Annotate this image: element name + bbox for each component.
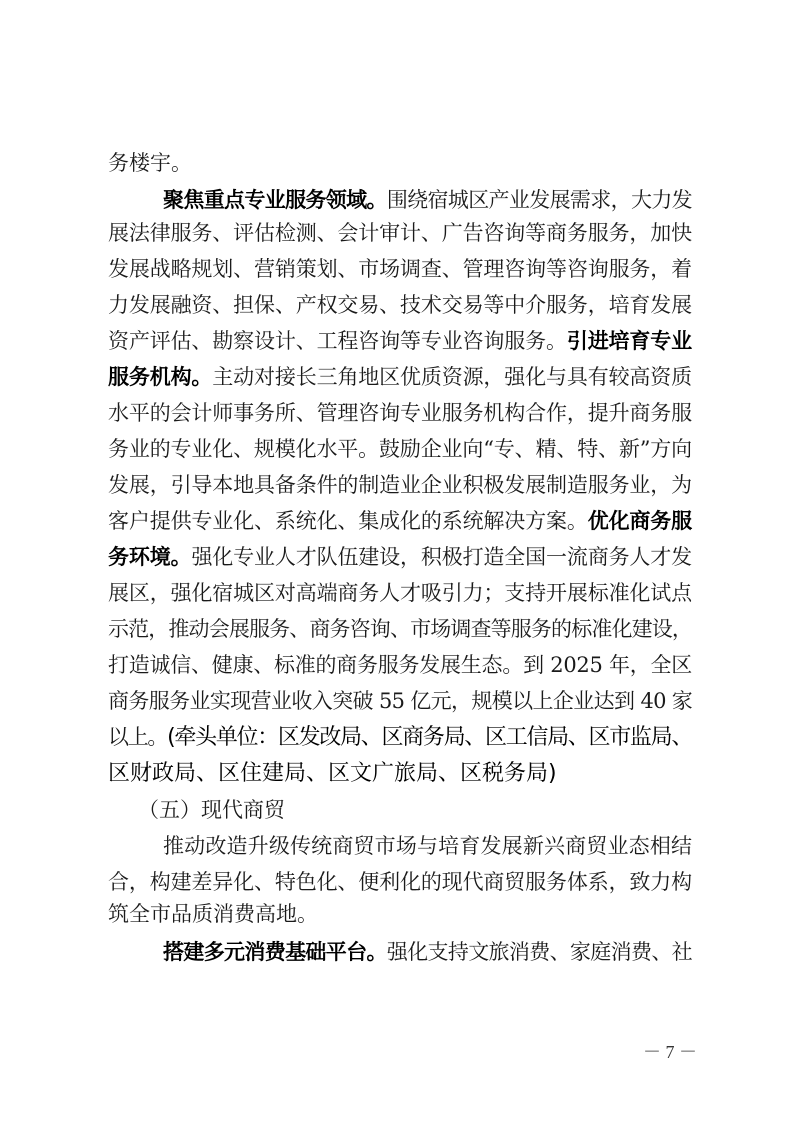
section-heading-optimize-environment: 优化商务服 bbox=[588, 508, 692, 533]
text-segment: 客户提供专业化、系统化、集成化的系统解决方案。 bbox=[108, 509, 588, 533]
text-segment: 水平的会计师事务所、管理咨询专业服务机构合作，提升商务服 bbox=[108, 401, 692, 425]
text-line-20: 推动改造升级传统商贸市场与培育发展新兴商贸业态相结 bbox=[108, 828, 692, 864]
text-line-4: 发展战略规划、营销策划、市场调查、管理咨询等咨询服务，着 bbox=[108, 251, 692, 287]
text-segment: 资产评估、勘察设计、工程咨询等专业咨询服务。 bbox=[108, 329, 567, 353]
text-line-17: 以上。(牵头单位：区发改局、区商务局、区工信局、区市监局、 bbox=[108, 719, 692, 755]
text-segment: 力发展融资、担保、产权交易、技术交易等中介服务，培育发展 bbox=[108, 293, 692, 317]
text-line-12: 务环境。强化专业人才队伍建设，积极打造全国一流商务人才发 bbox=[108, 539, 692, 575]
text-segment: 发展，引导本地具备条件的制造业企业积极发展制造服务业，为 bbox=[108, 473, 692, 497]
page-number: － 7 － bbox=[640, 1038, 700, 1066]
text-segment: 主动对接长三角地区优质资源，强化与具有较高资质 bbox=[212, 365, 692, 389]
text-line-9: 务业的专业化、规模化水平。鼓励企业向“专、精、特、新”方向 bbox=[108, 431, 692, 467]
text-segment: 合，构建差异化、特色化、便利化的现代商贸服务体系，致力构 bbox=[108, 870, 692, 894]
text-line-18: 区财政局、区住建局、区文广旅局、区税务局) bbox=[108, 755, 692, 791]
text-line-23: 搭建多元消费基础平台。强化支持文旅消费、家庭消费、社 bbox=[108, 934, 692, 970]
text-line-8: 水平的会计师事务所、管理咨询专业服务机构合作，提升商务服 bbox=[108, 395, 692, 431]
section-heading-introduce-institutions: 引进培育专业 bbox=[567, 328, 692, 353]
section-heading-continued: 服务机构。 bbox=[108, 364, 212, 389]
text-line-14: 示范，推动会展服务、商务咨询、市场调查等服务的标准化建设， bbox=[108, 611, 692, 647]
subsection-title: （五）现代商贸 bbox=[138, 798, 285, 822]
text-segment: 筑全市品质消费高地。 bbox=[108, 902, 318, 926]
text-segment: 强化专业人才队伍建设，积极打造全国一流商务人才发 bbox=[191, 545, 692, 569]
text-line-1: 务楼宇。 bbox=[108, 145, 692, 181]
text-line-16: 商务服务业实现营业收入突破 55 亿元，规模以上企业达到 40 家 bbox=[108, 683, 692, 719]
text-line-6: 资产评估、勘察设计、工程咨询等专业咨询服务。引进培育专业 bbox=[108, 323, 692, 359]
text-line-22: 筑全市品质消费高地。 bbox=[108, 896, 692, 932]
text-segment: 围绕宿城区产业发展需求，大力发 bbox=[387, 188, 692, 212]
text-segment: 示范，推动会展服务、商务咨询、市场调查等服务的标准化建设， bbox=[108, 617, 692, 641]
text-line-2: 聚焦重点专业服务领域。围绕宿城区产业发展需求，大力发 bbox=[108, 182, 692, 218]
document-page: 务楼宇。 聚焦重点专业服务领域。围绕宿城区产业发展需求，大力发 展法律服务、评估… bbox=[0, 0, 793, 1122]
text-segment: 务楼宇。 bbox=[108, 151, 192, 175]
text-line-13: 展区，强化宿城区对高端商务人才吸引力；支持开展标准化试点 bbox=[108, 575, 692, 611]
text-segment: 展法律服务、评估检测、会计审计、广告咨询等商务服务，加快 bbox=[108, 221, 692, 245]
section-heading-continued: 务环境。 bbox=[108, 544, 191, 569]
section-heading-focus-services: 聚焦重点专业服务领域。 bbox=[163, 187, 387, 212]
subsection-heading-modern-commerce: （五）现代商贸 bbox=[138, 792, 692, 828]
text-line-5: 力发展融资、担保、产权交易、技术交易等中介服务，培育发展 bbox=[108, 287, 692, 323]
text-line-7: 服务机构。主动对接长三角地区优质资源，强化与具有较高资质 bbox=[108, 359, 692, 395]
text-line-11: 客户提供专业化、系统化、集成化的系统解决方案。优化商务服 bbox=[108, 503, 692, 539]
text-segment: 以上。 bbox=[108, 725, 167, 749]
section-heading-consumption-platform: 搭建多元消费基础平台。 bbox=[163, 939, 387, 964]
text-segment: 打造诚信、健康、标准的商务服务发展生态。到 2025 年，全区 bbox=[108, 653, 692, 677]
text-segment: 推动改造升级传统商贸市场与培育发展新兴商贸业态相结 bbox=[163, 834, 692, 858]
lead-units-note-continued: 区财政局、区住建局、区文广旅局、区税务局) bbox=[108, 761, 557, 786]
lead-units-note: (牵头单位：区发改局、区商务局、区工信局、区市监局、 bbox=[167, 725, 692, 750]
text-line-15: 打造诚信、健康、标准的商务服务发展生态。到 2025 年，全区 bbox=[108, 647, 692, 683]
text-line-21: 合，构建差异化、特色化、便利化的现代商贸服务体系，致力构 bbox=[108, 864, 692, 900]
text-segment: 强化支持文旅消费、家庭消费、社 bbox=[387, 940, 692, 964]
text-segment: 发展战略规划、营销策划、市场调查、管理咨询等咨询服务，着 bbox=[108, 257, 692, 281]
text-segment: 展区，强化宿城区对高端商务人才吸引力；支持开展标准化试点 bbox=[108, 581, 692, 605]
text-line-10: 发展，引导本地具备条件的制造业企业积极发展制造服务业，为 bbox=[108, 467, 692, 503]
text-segment: 务业的专业化、规模化水平。鼓励企业向“专、精、特、新”方向 bbox=[108, 437, 692, 461]
text-line-3: 展法律服务、评估检测、会计审计、广告咨询等商务服务，加快 bbox=[108, 215, 692, 251]
text-segment: 商务服务业实现营业收入突破 55 亿元，规模以上企业达到 40 家 bbox=[108, 689, 692, 713]
